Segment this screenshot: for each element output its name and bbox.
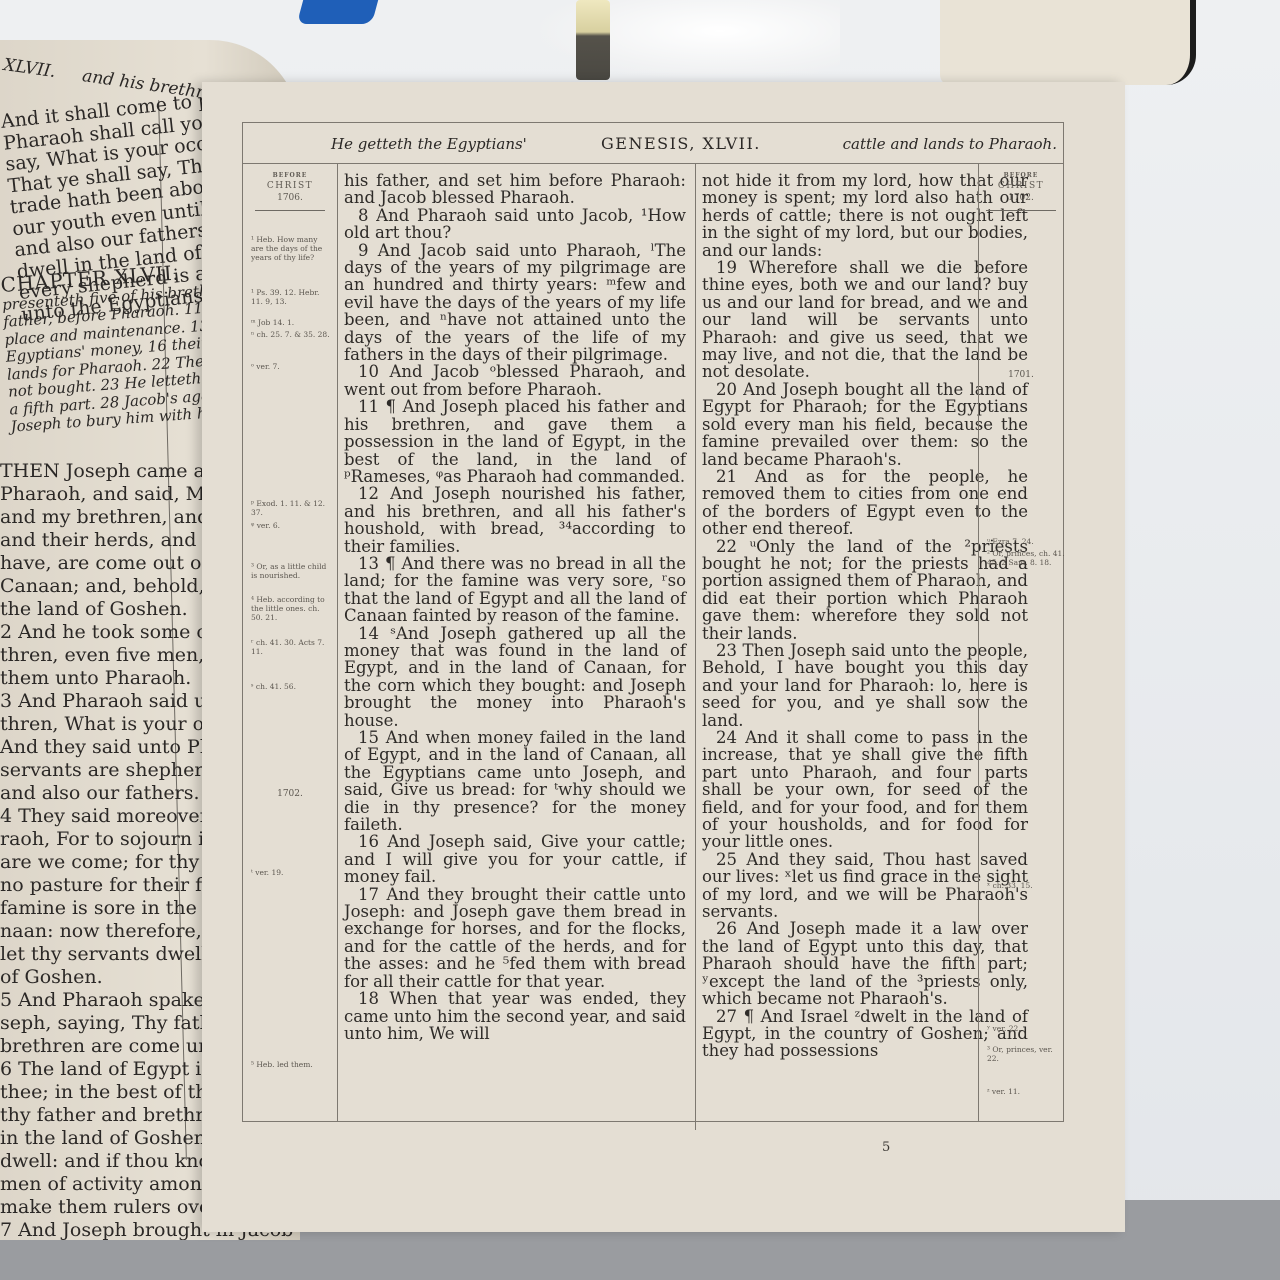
text-line: them unto Pharaoh. [0, 667, 230, 690]
header-book-chapter: GENESIS, XLVII. [601, 134, 761, 153]
header-left: He getteth the Egyptians' [331, 135, 527, 153]
before-label: BEFORE [979, 171, 1063, 180]
before-christ-label: BEFORE CHRIST 1706. [243, 171, 337, 211]
blue-object [297, 0, 378, 24]
margin-note: ʳ ch. 41. 30. Acts 7. 11. [251, 638, 331, 656]
before-label: BEFORE [243, 171, 337, 180]
verse-paragraph: 16 And Joseph said, Give your cattle; an… [344, 833, 686, 885]
margin-note: ³ Or, as a little child is nourished. [251, 562, 331, 580]
verse-paragraph: 17 And they brought their cattle unto Jo… [344, 886, 686, 990]
text-line: have, are come out of the land of [0, 552, 230, 575]
left-page-body: THEN Joseph came and toldPharaoh, and sa… [0, 460, 230, 1240]
text-line: are we come; for thy servants have [0, 851, 230, 874]
verse-paragraph: 9 And Jacob said unto Pharaoh, ˡThe days… [344, 242, 686, 364]
margin-note: ⁵ Heb. led them. [251, 1060, 331, 1069]
text-line: Pharaoh, and said, My father [0, 483, 230, 506]
text-line: 3 And Pharaoh said unto his bre- [0, 690, 230, 713]
text-line: thren, even five men, and presented [0, 644, 230, 667]
text-line: servants are shepherds, both we, [0, 759, 230, 782]
text-line: thy father and brethren to dwell; [0, 1104, 230, 1127]
left-page-header-chapter: XLVII. [2, 55, 57, 82]
text-line: seph, saying, Thy father and thy [0, 1012, 230, 1035]
margin-note: ᵖ Exod. 1. 11. & 12. 37. [251, 499, 331, 517]
margin-note: ¹ Heb. How many are the days of the year… [251, 235, 331, 262]
divider [255, 210, 325, 211]
page-number: 5 [882, 1140, 890, 1155]
text-line: 7 And Joseph brought in Jacob [0, 1219, 230, 1240]
text-line: brethren are come unto thee: [0, 1035, 230, 1058]
text-line: men of activity among them, then [0, 1173, 230, 1196]
text-line: 6 The land of Egypt is before [0, 1058, 230, 1081]
verse-paragraph: 18 When that year was ended, they came u… [344, 990, 686, 1042]
verse-paragraph: his father, and set him before Pharaoh: … [344, 172, 686, 207]
text-line: famine is sore in the land of Ca- [0, 897, 230, 920]
text-line: 4 They said moreover unto Pha- [0, 805, 230, 828]
verse-paragraph: 15 And when money failed in the land of … [344, 729, 686, 833]
margin-note: ᵒ ver. 7. [251, 362, 331, 371]
margin-note: ᵘ Ezra 7. 24. [987, 537, 1067, 546]
text-line: 2 And he took some of his bre- [0, 621, 230, 644]
before-christ-label: BEFORE CHRIST 1702. [979, 171, 1063, 211]
text-line: 5 And Pharaoh spake unto Jo- [0, 989, 230, 1012]
margin-note: ¹ Ps. 39. 12. Hebr. 11. 9, 13. [251, 288, 331, 306]
text-line: And they said unto Pharaoh, Thy [0, 736, 230, 759]
verse-paragraph: 14 ˢAnd Joseph gathered up all the money… [344, 625, 686, 729]
text-line: in the land of Goshen let them [0, 1127, 230, 1150]
text-line: of Goshen. [0, 966, 230, 989]
text-line: and my brethren, and their flocks, [0, 506, 230, 529]
christ-label: CHRIST [243, 182, 337, 191]
margin-note: ᵠ ver. 6. [251, 521, 331, 530]
book-page: He getteth the Egyptians' GENESIS, XLVII… [202, 82, 1125, 1232]
year-label: 1706. [243, 194, 337, 203]
text-line: raoh, For to sojourn in the land [0, 828, 230, 851]
verse-paragraph: 8 And Pharaoh said unto Jacob, ¹How old … [344, 207, 686, 242]
verse-paragraph: 11 ¶ And Joseph placed his father and hi… [344, 398, 686, 485]
year-label: 1702. [979, 194, 1063, 203]
right-margin-notes: BEFORE CHRIST 1702. 1701. ᵘ Ezra 7. 24. … [978, 163, 1063, 1121]
verse-paragraph: 10 And Jacob ᵒblessed Pharaoh, and went … [344, 363, 686, 398]
text-line: thee; in the best of the land make [0, 1081, 230, 1104]
text-line: naan: now therefore, we pray thee, [0, 920, 230, 943]
left-margin-notes: BEFORE CHRIST 1706. ¹ Heb. How many are … [243, 163, 338, 1121]
year-marker: 1701. [979, 371, 1063, 380]
text-line: dwell: and if thou knowest any [0, 1150, 230, 1173]
text-line: the land of Goshen. [0, 598, 230, 621]
left-page-body-lines: THEN Joseph came and toldPharaoh, and sa… [0, 460, 230, 1240]
christ-label: CHRIST [979, 182, 1063, 191]
margin-note: ᶻ ver. 11. [987, 1087, 1067, 1096]
text-line: Canaan; and, behold, they are in [0, 575, 230, 598]
margin-note: ᵐ Job 14. 1. [251, 318, 331, 327]
year-marker: 1702. [243, 790, 337, 799]
verse-paragraph: 13 ¶ And there was no bread in all the l… [344, 555, 686, 625]
margin-note: ʸ ver. 22. [987, 1024, 1067, 1033]
margin-note: ⁴ Heb. according to the little ones. ch.… [251, 595, 331, 622]
running-header: He getteth the Egyptians' GENESIS, XLVII… [243, 123, 1063, 164]
text-line: and also our fathers. [0, 782, 230, 805]
text-line: let thy servants dwell in the land [0, 943, 230, 966]
text-line: make them rulers over my cattle. [0, 1196, 230, 1219]
text-line: no pasture for their flocks; for the [0, 874, 230, 897]
cup [940, 0, 1196, 85]
text-line: THEN Joseph came and told [0, 460, 230, 483]
page-frame: He getteth the Egyptians' GENESIS, XLVII… [242, 122, 1064, 1122]
margin-note: ᵗ ver. 19. [251, 868, 331, 877]
verse-paragraph: 12 And Joseph nourished his father, and … [344, 485, 686, 555]
margin-note: ˢ ch. 41. 56. [251, 682, 331, 691]
text-column-1: his father, and set him before Pharaoh: … [344, 163, 686, 1130]
pen [576, 0, 610, 80]
text-line: thren, What is your occupation? [0, 713, 230, 736]
divider [986, 210, 1056, 211]
header-right: cattle and lands to Pharaoh. [843, 135, 1057, 153]
text-line: and their herds, and all that they [0, 529, 230, 552]
margin-note: ⁿ ch. 25. 7. & 35. 28. [251, 330, 331, 339]
margin-note: ˣ ch. 33. 15. [987, 881, 1067, 890]
margin-note: ³ Or, princes, ver. 22. [987, 1045, 1067, 1063]
margin-note: ² Or, princes, ch. 41. 45. 2 Sam. 8. 18. [987, 549, 1067, 567]
